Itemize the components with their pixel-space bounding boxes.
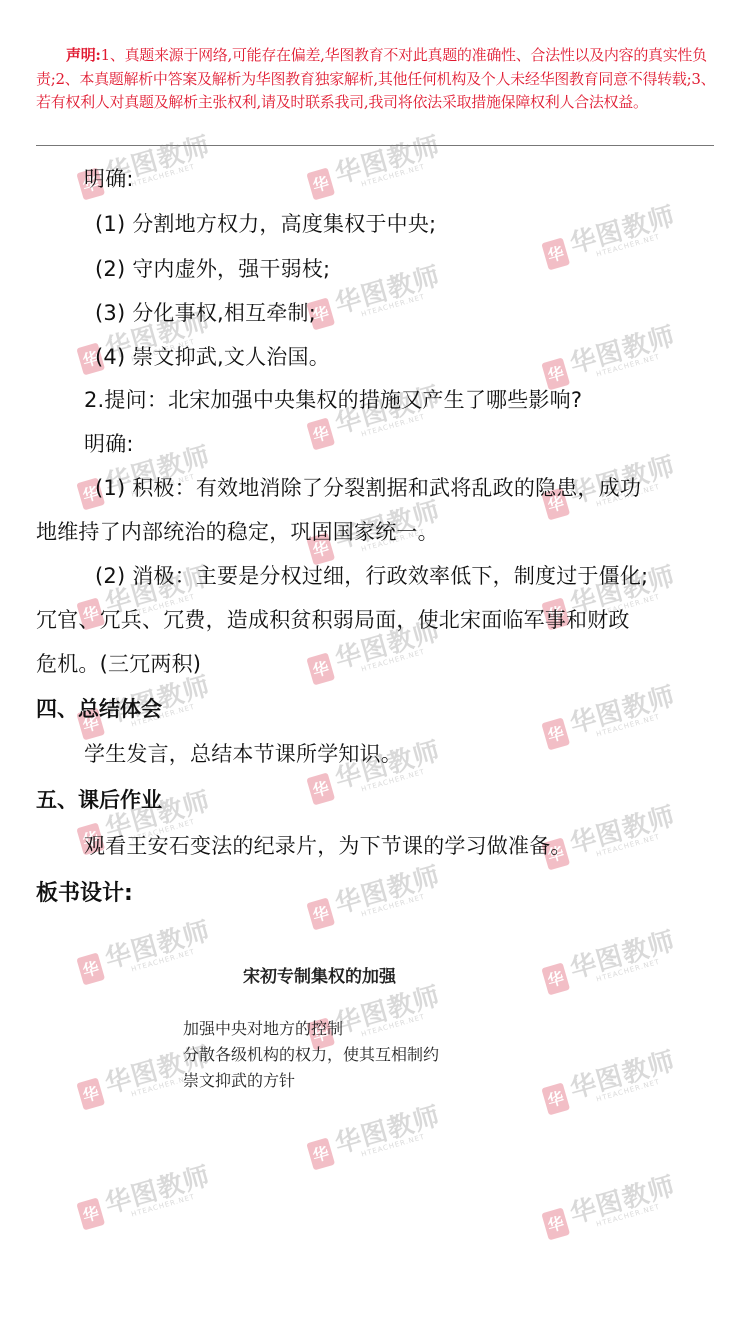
disclaimer-label: 声明: xyxy=(66,46,101,64)
watermark: 华华图教师HTEACHER.NET xyxy=(540,203,680,272)
clarify-label-1: 明确: xyxy=(84,163,134,193)
board-design-heading: 板书设计: xyxy=(36,876,133,907)
board-title: 宋初专制集权的加强 xyxy=(243,962,396,987)
watermark-logo-icon: 华 xyxy=(306,652,335,685)
positive-impact-line-2: 地维持了内部统治的稳定，巩固国家统一。 xyxy=(36,516,439,546)
measure-item-2: (2) 守内虚外，强干弱枝; xyxy=(95,253,330,283)
watermark-logo-icon: 华 xyxy=(306,897,335,930)
watermark: 华华图教师HTEACHER.NET xyxy=(540,928,680,997)
section-heading-homework: 五、课后作业 xyxy=(36,784,162,814)
watermark-logo-icon: 华 xyxy=(306,417,335,450)
watermark-logo-icon: 华 xyxy=(76,1077,105,1110)
homework-body: 观看王安石变法的纪录片，为下节课的学习做准备。 xyxy=(84,830,572,860)
watermark-logo-icon: 华 xyxy=(76,1197,105,1230)
watermark: 华华图教师HTEACHER.NET xyxy=(305,1103,445,1172)
summary-body: 学生发言，总结本节课所学知识。 xyxy=(84,738,402,768)
watermark-logo-icon: 华 xyxy=(306,1137,335,1170)
measure-item-3: (3) 分化事权,相互牵制; xyxy=(95,297,316,327)
watermark: 华华图教师HTEACHER.NET xyxy=(540,1048,680,1117)
disclaimer: 声明:1、真题来源于网络,可能存在偏差,华图教育不对此真题的准确性、合法性以及内… xyxy=(36,44,716,115)
question-2: 2.提问：北宋加强中央集权的措施又产生了哪些影响? xyxy=(84,384,582,414)
watermark-logo-icon: 华 xyxy=(541,962,570,995)
watermark: 华华图教师HTEACHER.NET xyxy=(305,133,445,202)
watermark-logo-icon: 华 xyxy=(76,952,105,985)
watermark-logo-icon: 华 xyxy=(306,167,335,200)
board-item-3: 崇文抑武的方针 xyxy=(183,1068,295,1091)
board-item-2: 分散各级机构的权力，使其互相制约 xyxy=(183,1042,439,1065)
positive-impact-line-1: (1) 积极：有效地消除了分裂割据和武将乱政的隐患，成功 xyxy=(95,472,641,502)
negative-impact-line-2: 冗官、冗兵、冗费，造成积贫积弱局面，使北宋面临军事和财政 xyxy=(36,604,630,634)
disclaimer-text: 1、真题来源于网络,可能存在偏差,华图教育不对此真题的准确性、合法性以及内容的真… xyxy=(36,46,715,111)
watermark: 华华图教师HTEACHER.NET xyxy=(305,863,445,932)
watermark-logo-icon: 华 xyxy=(306,772,335,805)
watermark: 华华图教师HTEACHER.NET xyxy=(75,1163,215,1232)
board-item-1: 加强中央对地方的控制 xyxy=(183,1016,343,1039)
header-divider xyxy=(36,145,714,146)
measure-item-1: (1) 分割地方权力，高度集权于中央; xyxy=(95,208,436,238)
negative-impact-line-3: 危机。(三冗两积) xyxy=(36,648,201,678)
watermark: 华华图教师HTEACHER.NET xyxy=(540,323,680,392)
negative-impact-line-1: (2) 消极：主要是分权过细，行政效率低下，制度过于僵化; xyxy=(95,560,648,590)
watermark: 华华图教师HTEACHER.NET xyxy=(540,683,680,752)
watermark-logo-icon: 华 xyxy=(541,717,570,750)
watermark: 华华图教师HTEACHER.NET xyxy=(75,918,215,987)
watermark-logo-icon: 华 xyxy=(541,1207,570,1240)
measure-item-4: (4) 崇文抑武,文人治国。 xyxy=(95,341,330,371)
section-heading-summary: 四、总结体会 xyxy=(36,693,162,723)
watermark-logo-icon: 华 xyxy=(541,1082,570,1115)
watermark-logo-icon: 华 xyxy=(541,237,570,270)
clarify-label-2: 明确: xyxy=(84,428,134,458)
watermark: 华华图教师HTEACHER.NET xyxy=(540,1173,680,1242)
